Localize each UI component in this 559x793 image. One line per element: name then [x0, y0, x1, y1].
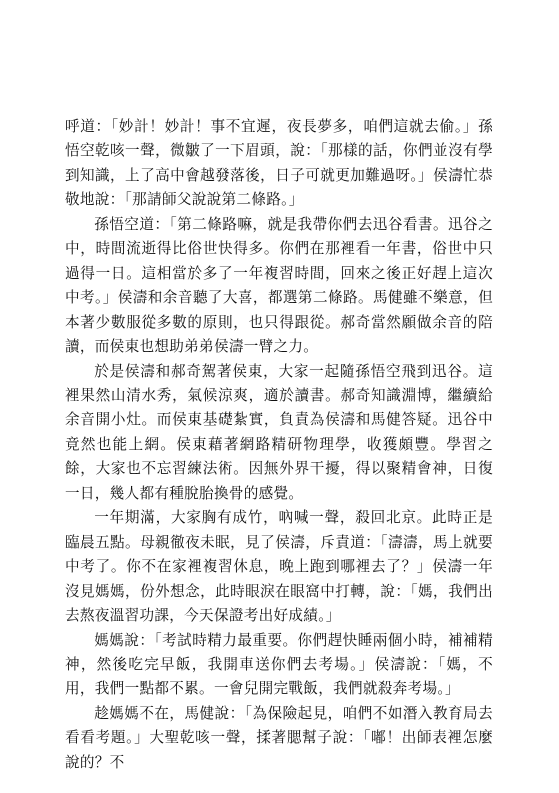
paragraph-2: 孫悟空道：「第二條路嘛，就是我帶你們去迅谷看書。迅谷之中，時間流逝得比俗世快得多…	[65, 213, 493, 360]
paragraph-6: 趁媽媽不在，馬健說：「為保險起見，咱們不如潛入教育局去看看考題。」大聖乾咳一聲，…	[65, 702, 493, 775]
paragraph-1: 呼道：「妙計！妙計！事不宜遲，夜長夢多，咱們這就去偷。」孫悟空乾咳一聲，微皺了一…	[65, 115, 493, 213]
document-page: 呼道：「妙計！妙計！事不宜遲，夜長夢多，咱們這就去偷。」孫悟空乾咳一聲，微皺了一…	[65, 115, 493, 775]
paragraph-3: 於是侯濤和郝奇駕著侯東，大家一起隨孫悟空飛到迅谷。這裡果然山清水秀，氣候涼爽，適…	[65, 360, 493, 507]
paragraph-5: 媽媽說：「考試時精力最重要。你們趕快睡兩個小時，補補精神，然後吃完早飯，我開車送…	[65, 629, 493, 702]
paragraph-4: 一年期滿，大家胸有成竹，吶喊一聲，殺回北京。此時正是臨晨五點。母親徹夜未眠，見了…	[65, 506, 493, 628]
